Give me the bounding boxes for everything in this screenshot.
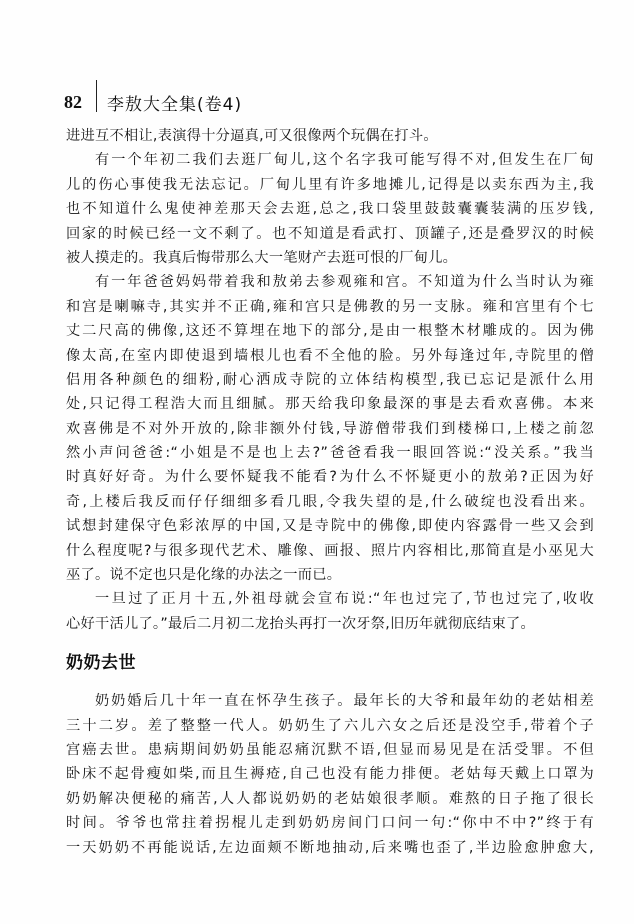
text-line: 也不知道什么鬼使神差那天会去逛,总之,我口袋里鼓鼓囊囊装满的压岁钱, — [66, 197, 594, 221]
text-line: 侣用各种颜色的细粉,耐心洒成寺院的立体结构模型,我已忘记是派什么用 — [66, 368, 594, 392]
text-line: 奶奶解决便秘的痛苦,人人都说奶奶的老姑娘很孝顺。难熬的日子拖了很长 — [66, 787, 594, 811]
text-line: 被人摸走的。我真后悔带那么大一笔财产去逛可恨的厂甸儿。 — [66, 246, 594, 270]
text-line: 卧床不起骨瘦如柴,而且生褥疮,自己也没有能力排便。老姑每天戴上口罩为 — [66, 762, 594, 786]
text-line: 一天奶奶不再能说话,左边面颊不断地抽动,后来嘴也歪了,半边脸愈肿愈大, — [66, 836, 594, 860]
book-title: 李敖大全集(卷4) — [107, 90, 242, 115]
text-line: 欢喜佛是不对外开放的,除非额外付钱,导游僧带我们到楼梯口,上楼之前忽 — [66, 417, 594, 441]
text-line: 然小声问爸爸:“小姐是不是也上去?”爸爸看我一眼回答说:“没关系。”我当 — [66, 441, 594, 465]
text-line: 奇,上楼后我反而仔仔细细多看几眼,令我失望的是,什么破绽也没看出来。 — [66, 490, 594, 514]
text-line: 三十二岁。差了整整一代人。奶奶生了六儿六女之后还是没空手,带着个子 — [66, 714, 594, 738]
text-line: 处,只记得工程浩大而且细腻。那天给我印象最深的事是去看欢喜佛。本来 — [66, 392, 594, 416]
text-line: 试想封建保守色彩浓厚的中国,又是寺院中的佛像,即使内容露骨一些又会到 — [66, 514, 594, 538]
page-number: 82 — [64, 92, 96, 113]
text-line: 心好干活儿了。”最后二月初二龙抬头再打一次牙祭,旧历年就彻底结束了。 — [66, 612, 594, 636]
text-line: 和宫是喇嘛寺,其实并不正确,雍和宫只是佛教的另一支脉。雍和宫里有个七 — [66, 295, 594, 319]
text-line: 一旦过了正月十五,外祖母就会宣布说:“年也过完了,节也过完了,收收 — [66, 587, 594, 611]
section-heading: 奶奶去世 — [66, 651, 594, 675]
book-page: 82 李敖大全集(卷4) 进进互不相让,表演得十分逼真,可又很像两个玩偶在打斗。… — [0, 0, 634, 924]
text-line: 回家的时候已经一文不剩了。也不知道是看武打、顶罐子,还是叠罗汉的时候 — [66, 222, 594, 246]
text-line: 进进互不相让,表演得十分逼真,可又很像两个玩偶在打斗。 — [66, 124, 594, 148]
text-line: 有一年爸爸妈妈带着我和敖弟去参观雍和宫。不知道为什么当时认为雍 — [66, 270, 594, 294]
running-head: 82 李敖大全集(卷4) — [64, 82, 242, 116]
scan-speck — [292, 850, 295, 852]
text-line: 时真好好奇。为什么要怀疑我不能看?为什么不怀疑更小的敖弟?正因为好 — [66, 465, 594, 489]
header-divider — [96, 80, 97, 112]
text-line: 有一个年初二我们去逛厂甸儿,这个名字我可能写得不对,但发生在厂甸 — [66, 148, 594, 172]
text-line: 什么程度呢?与很多现代艺术、雕像、画报、照片内容相比,那简直是小巫见大 — [66, 539, 594, 563]
body-text: 进进互不相让,表演得十分逼真,可又很像两个玩偶在打斗。 有一个年初二我们去逛厂甸… — [66, 124, 594, 860]
text-line: 时间。爷爷也常拄着拐棍儿走到奶奶房间门口问一句:“你中不中?”终于有 — [66, 811, 594, 835]
text-line: 奶奶婚后几十年一直在怀孕生孩子。最年长的大爷和最年幼的老姑相差 — [66, 689, 594, 713]
text-line: 儿的伤心事使我无法忘记。厂甸儿里有许多地摊儿,记得是以卖东西为主,我 — [66, 173, 594, 197]
text-line: 宫癌去世。患病期间奶奶虽能忍痛沉默不语,但显而易见是在活受罪。不但 — [66, 738, 594, 762]
text-line: 丈二尺高的佛像,这还不算埋在地下的部分,是由一根整木材雕成的。因为佛 — [66, 319, 594, 343]
text-line: 像太高,在室内即使退到墙根儿也看不全他的脸。另外每逢过年,寺院里的僧 — [66, 344, 594, 368]
text-line: 巫了。说不定也只是化缘的办法之一而已。 — [66, 563, 594, 587]
